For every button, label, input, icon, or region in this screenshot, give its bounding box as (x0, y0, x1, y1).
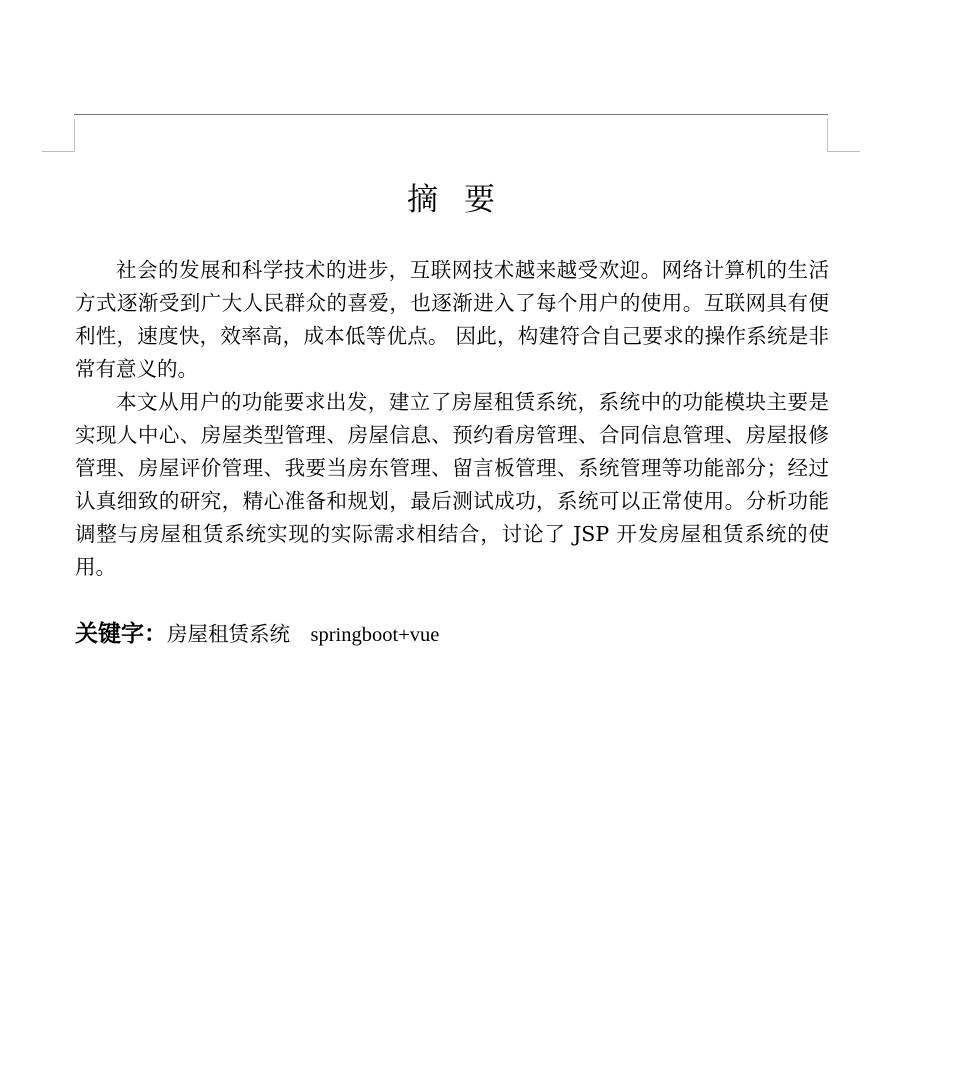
keywords-label: 关键字： (75, 621, 167, 647)
abstract-body: 社会的发展和科学技术的进步，互联网技术越来越受欢迎。网络计算机的生活方式逐渐受到… (75, 254, 829, 584)
keywords-value: 房屋租赁系统 springboot+vue (167, 624, 439, 646)
right-corner-mark-horizontal (827, 151, 860, 152)
abstract-paragraph-2: 本文从用户的功能要求出发，建立了房屋租赁系统，系统中的功能模块主要是实现人中心、… (75, 386, 829, 584)
keywords-line: 关键字：房屋租赁系统 springboot+vue (75, 616, 439, 654)
abstract-paragraph-1: 社会的发展和科学技术的进步，互联网技术越来越受欢迎。网络计算机的生活方式逐渐受到… (75, 254, 829, 386)
left-corner-mark-vertical (74, 119, 75, 152)
left-corner-mark-horizontal (42, 151, 75, 152)
right-corner-mark-vertical (827, 119, 828, 152)
page-header-rule (74, 114, 828, 115)
abstract-title: 摘要 (0, 178, 902, 222)
